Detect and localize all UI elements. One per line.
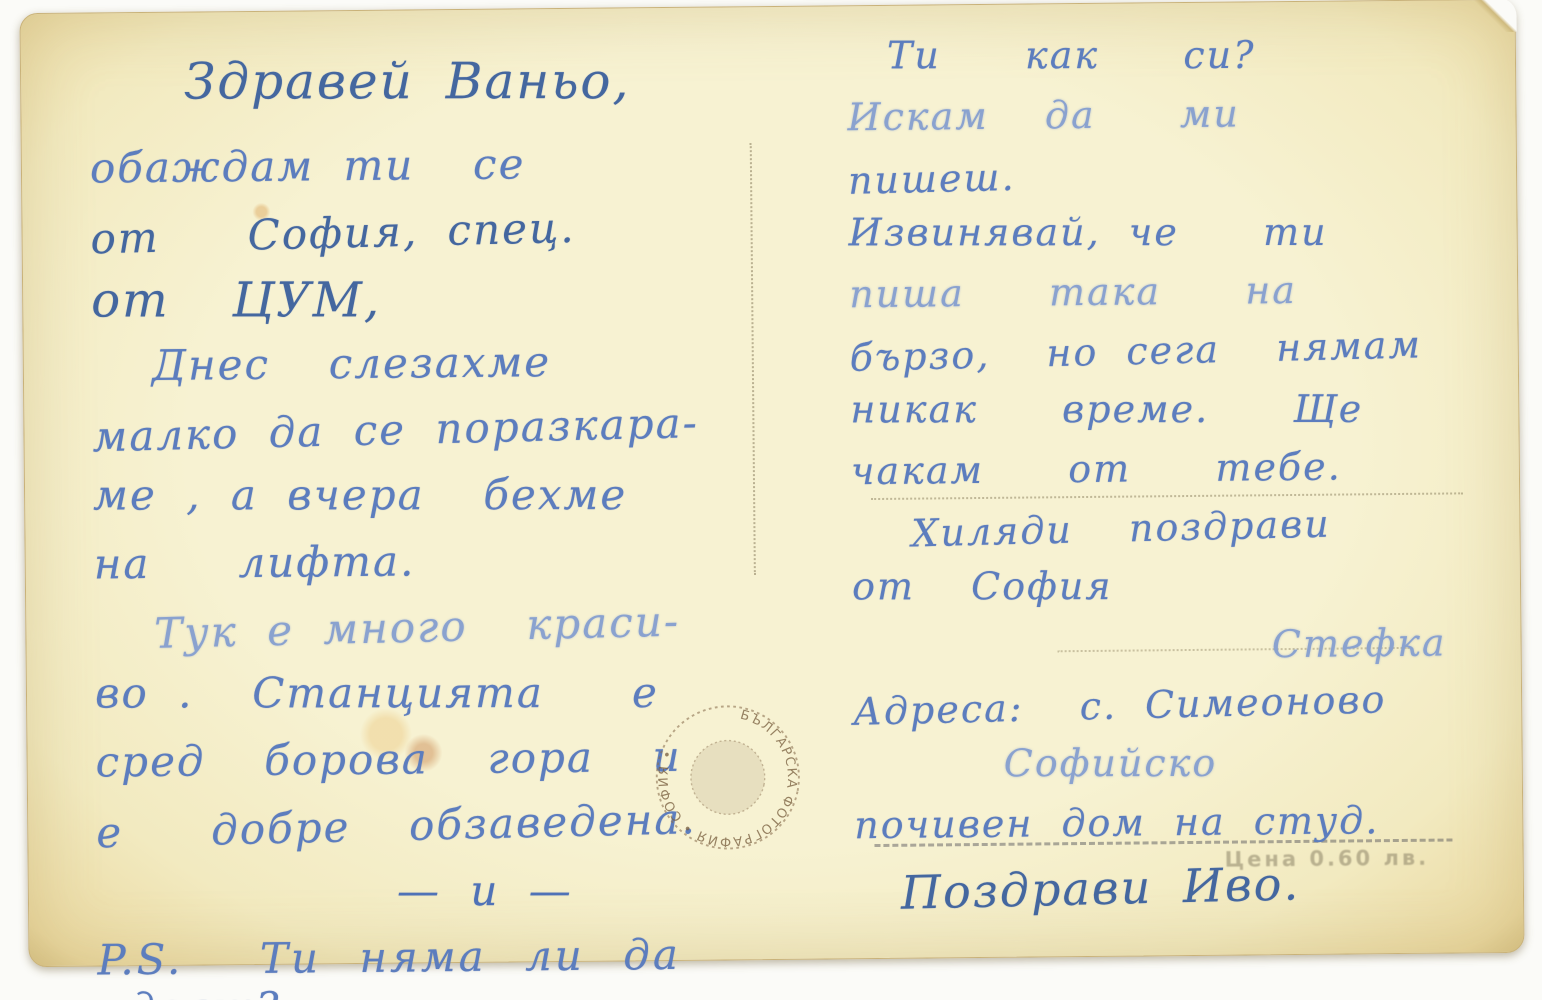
handwritten-line-greeting: Здравей Ваньо, — [89, 52, 779, 141]
handwritten-line: пиша така на — [849, 266, 1514, 331]
handwritten-line: никак време. Ще — [850, 387, 1514, 447]
printed-price-stamp: Цена 0.60 лв. — [1225, 846, 1430, 872]
handwritten-ps-line: P.S. Ти няма ли да идваш? — [97, 929, 788, 1000]
handwritten-line: от ЦУМ, — [91, 272, 781, 339]
handwritten-line: Хиляди поздрави — [851, 497, 1516, 572]
handwritten-line: Тук е много краси- — [94, 594, 785, 676]
handwritten-line: пишеш. — [848, 143, 1513, 218]
handwritten-line: Искам да ми — [847, 89, 1512, 154]
handwritten-signature: Стефка — [852, 620, 1517, 685]
message-left-column: Здравей Ваньо, обаждам ти се от София, с… — [89, 49, 788, 1000]
message-right-column: Ти как си? Искам да ми пишеш. Извинявай,… — [847, 30, 1519, 921]
corner-fold — [1472, 0, 1516, 32]
scan-background: Здравей Ваньо, обаждам ти се от София, с… — [0, 0, 1542, 1000]
handwritten-line: от София, спец. — [90, 198, 781, 280]
handwritten-line-question: Ти как си? — [847, 33, 1511, 93]
handwritten-line-address: Адреса: с. Симеоново — [853, 674, 1518, 749]
handwritten-line: чакам от тебе. — [851, 443, 1516, 508]
handwritten-line: Днес слезахме — [92, 335, 783, 408]
handwritten-divider-mark: — и — — [97, 866, 787, 933]
handwritten-line: бързо, но сега нямам — [849, 320, 1514, 395]
postcard: Здравей Ваньо, обаждам ти се от София, с… — [19, 0, 1524, 967]
handwritten-line: на лифта. — [94, 533, 785, 606]
handwritten-line: ме , а вчера бехме — [93, 470, 783, 537]
stamp-emblem — [684, 734, 771, 821]
photo-studio-ink-stamp: БЪЛГАРСКА ФОТОГРАФИЯ • СОФИЯ • — [631, 681, 824, 874]
handwritten-line: Извинявай, че ти — [849, 210, 1513, 270]
handwritten-line: малко да се поразкара- — [92, 396, 783, 478]
handwritten-line: Софийско — [854, 741, 1518, 801]
handwritten-line: обаждам ти се — [90, 137, 781, 210]
handwritten-line: от София — [852, 564, 1516, 624]
